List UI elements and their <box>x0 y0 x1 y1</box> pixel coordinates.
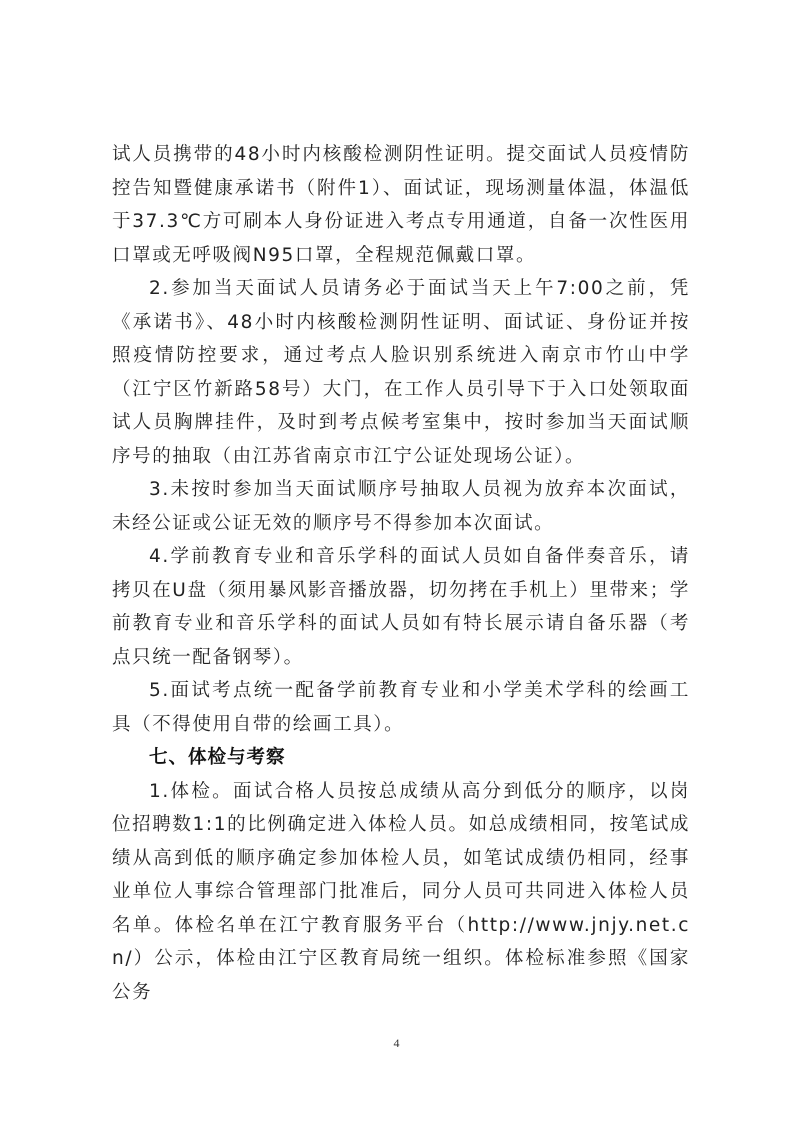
page-number: 4 <box>0 1036 793 1051</box>
section-heading: 七、体检与考察 <box>112 741 690 775</box>
document-page: 试人员携带的48小时内核酸检测阴性证明。提交面试人员疫情防控告知暨健康承诺书（附… <box>112 138 690 1009</box>
paragraph-item-3: 3.未按时参加当天面试顺序号抽取人员视为放弃本次面试，未经公证或公证无效的顺序号… <box>112 473 690 540</box>
paragraph-physical-exam: 1.体检。面试合格人员按总成绩从高分到低分的顺序，以岗位招聘数1:1的比例确定进… <box>112 775 690 1010</box>
paragraph-continuation: 试人员携带的48小时内核酸检测阴性证明。提交面试人员疫情防控告知暨健康承诺书（附… <box>112 138 690 272</box>
paragraph-item-5: 5.面试考点统一配备学前教育专业和小学美术学科的绘画工具（不得使用自带的绘画工具… <box>112 674 690 741</box>
paragraph-item-2: 2.参加当天面试人员请务必于面试当天上午7:00之前，凭《承诺书》、48小时内核… <box>112 272 690 473</box>
paragraph-item-4: 4.学前教育专业和音乐学科的面试人员如自备伴奏音乐，请拷贝在U盘（须用暴风影音播… <box>112 540 690 674</box>
